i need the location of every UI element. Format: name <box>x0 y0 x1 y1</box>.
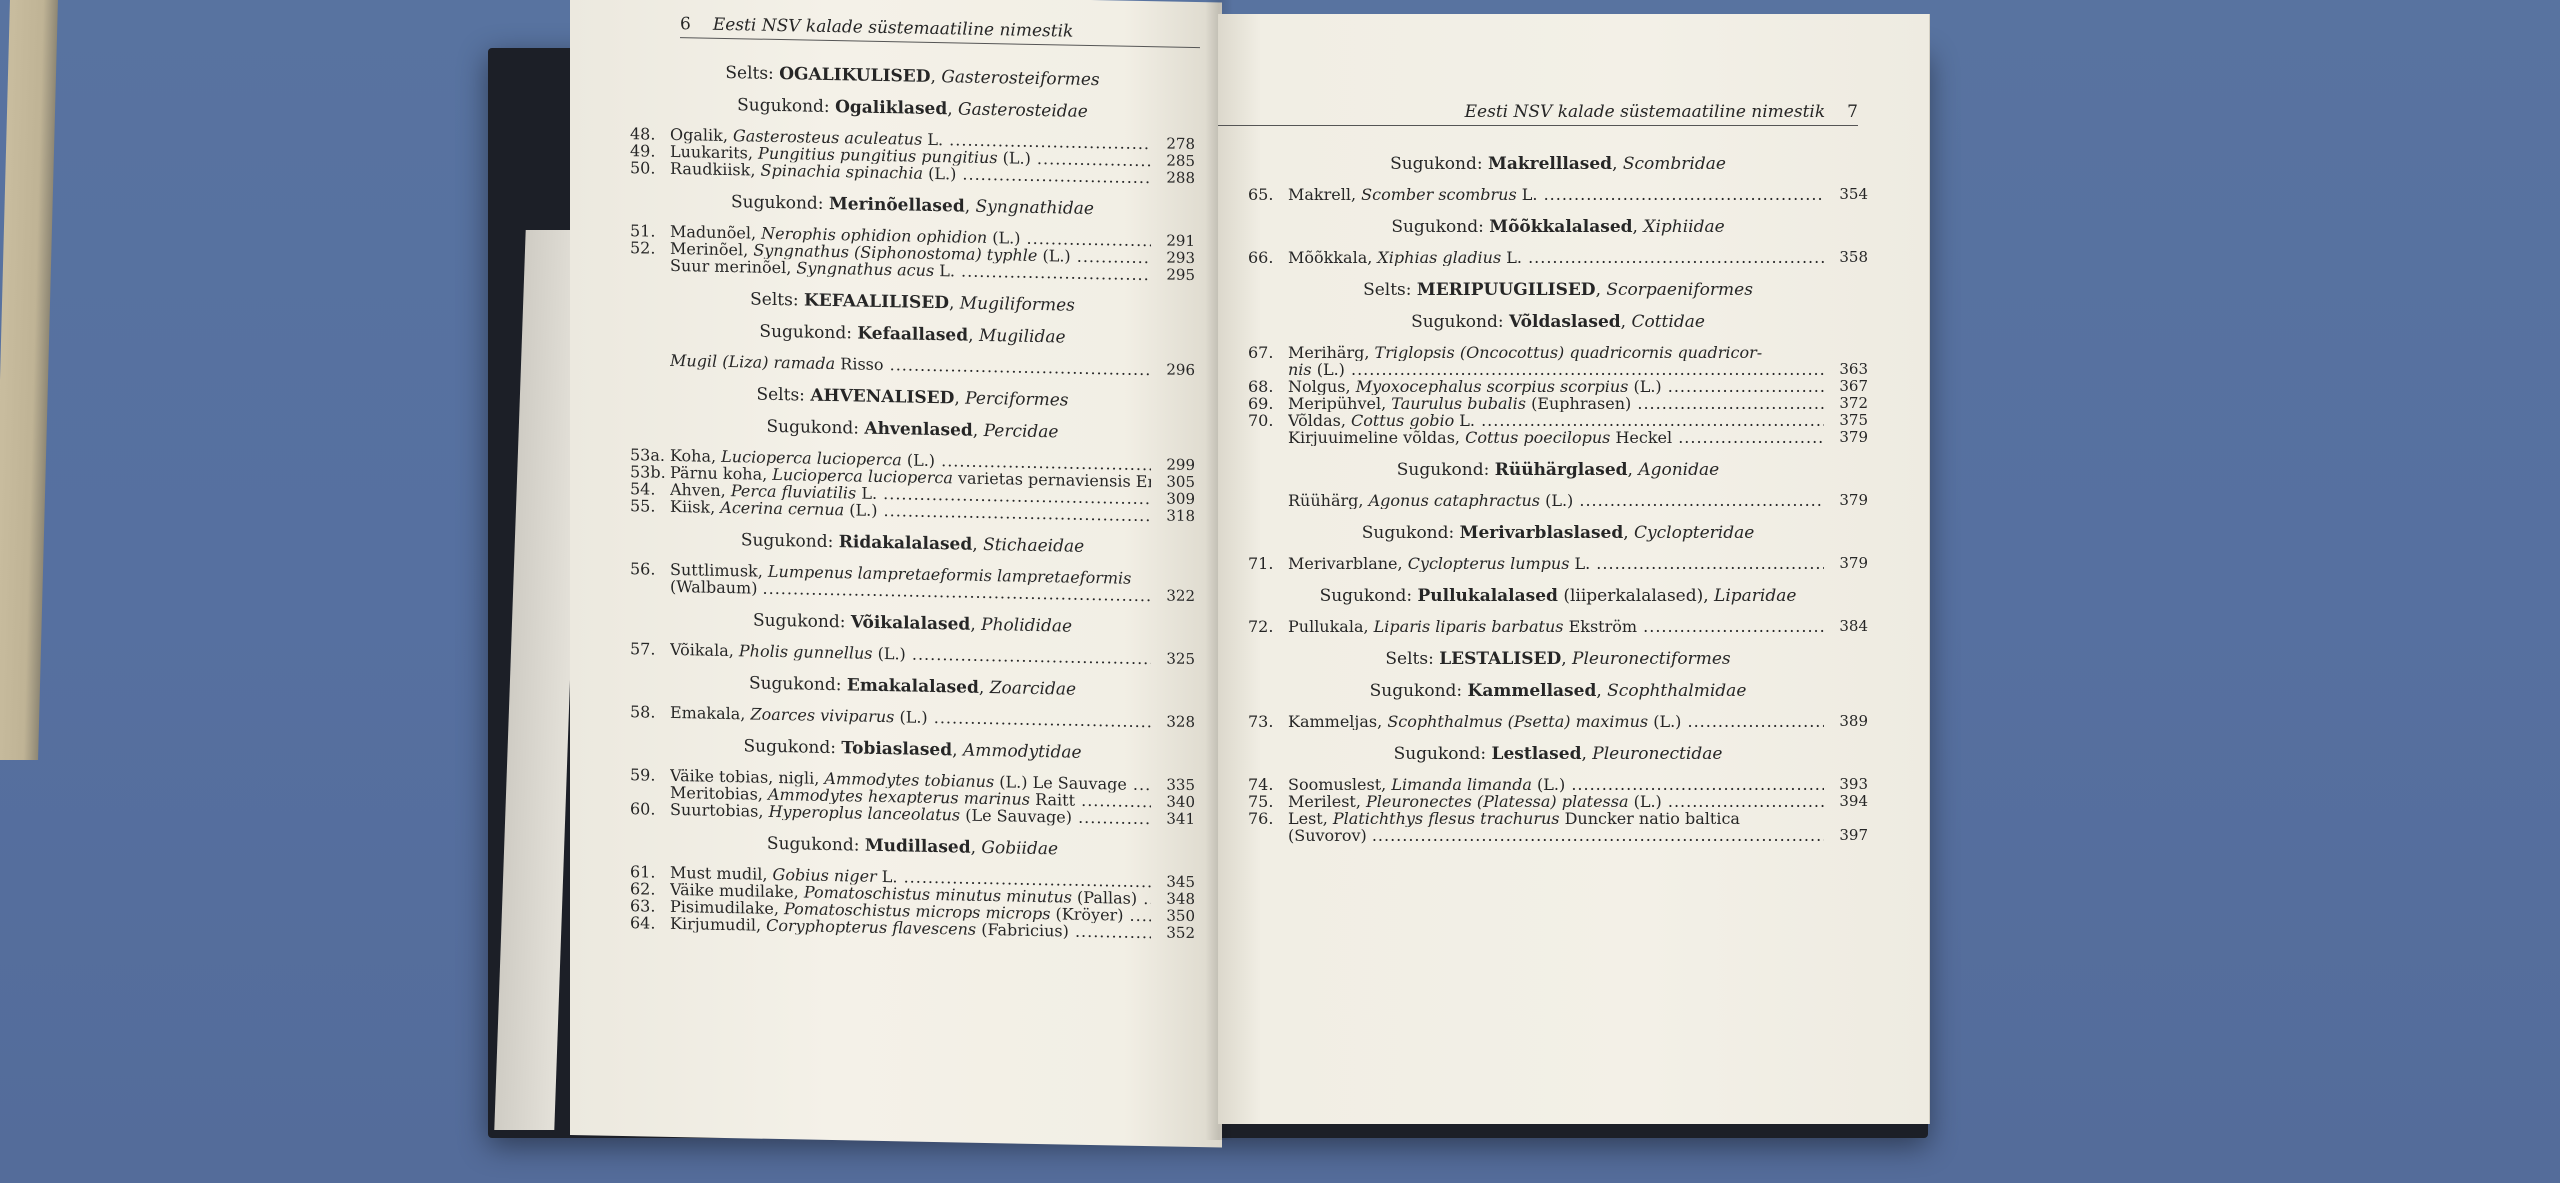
species-entry: 70.Võldas, Cottus gobio L.375 <box>1248 412 1868 429</box>
taxon-latin: Cottidae <box>1631 312 1704 332</box>
running-head-title: Eesti NSV kalade süstemaatiline nimestik <box>1465 102 1826 122</box>
page-reference: 384 <box>1824 618 1868 635</box>
running-head-title: Eesti NSV kalade süstemaatiline nimestik <box>713 15 1074 42</box>
species-list: 66.Mõõkkala, Xiphias gladius L.358 <box>1248 249 1868 266</box>
page-reference <box>1824 810 1868 827</box>
entry-number: 50. <box>630 159 670 177</box>
page-reference: 352 <box>1151 924 1195 942</box>
entry-number: 58. <box>630 703 670 721</box>
family-heading: Sugukond: Ogaliklased, Gasterosteidae <box>630 93 1195 124</box>
species-list: 59.Väike tobias, nigli, Ammodytes tobian… <box>630 766 1195 828</box>
entry-number: 63. <box>630 897 670 915</box>
taxon-latin: Pleuronectidae <box>1592 744 1722 764</box>
family-heading: Sugukond: Võldaslased, Cottidae <box>1248 312 1868 332</box>
species-list: 56.Suttlimusk, Lumpenus lampretaeformis … <box>630 560 1195 605</box>
left-running-head: 6 Eesti NSV kalade süstemaatiline nimest… <box>680 14 1200 48</box>
page-reference: 305 <box>1151 473 1195 491</box>
family-heading: Sugukond: Ahvenlased, Percidae <box>630 414 1195 445</box>
taxon-latin: Cyclopteridae <box>1634 523 1754 543</box>
page-reference: 350 <box>1151 907 1195 925</box>
taxon-latin: Syngnathidae <box>976 197 1094 219</box>
entry-number: 73. <box>1248 713 1288 730</box>
entry-number <box>1248 429 1288 446</box>
latin-name: Triglopsis (Oncocottus) quadricornis qua… <box>1375 344 1763 361</box>
species-name: Mõõkkala, Xiphias gladius L. <box>1288 249 1824 266</box>
species-list: 53a.Koha, Lucioperca lucioperca (L.)2995… <box>630 446 1195 525</box>
species-list: 67.Merihärg, Triglopsis (Oncocottus) qua… <box>1248 344 1868 446</box>
order-heading: Selts: KEFAALILISED, Mugiliformes <box>630 287 1195 318</box>
page-reference: 348 <box>1151 890 1195 908</box>
entry-number: 52. <box>630 239 670 257</box>
family-heading: Sugukond: Tobiaslased, Ammodytidae <box>630 734 1195 765</box>
entry-number <box>630 351 670 369</box>
species-name: Emakala, Zoarces viviparus (L.) <box>670 704 1151 730</box>
entry-number: 68. <box>1248 378 1288 395</box>
latin-name: Cottus poecilopus <box>1465 429 1610 446</box>
family-heading: Sugukond: Kefaallased, Mugilidae <box>630 319 1195 350</box>
taxon-name: Mudillased <box>865 836 971 858</box>
entry-number: 59. <box>630 766 670 784</box>
page-reference: 278 <box>1151 135 1195 153</box>
page-reference: 295 <box>1151 266 1195 284</box>
family-heading: Sugukond: Mudillased, Gobiidae <box>630 831 1195 862</box>
page-reference: 293 <box>1151 249 1195 267</box>
species-entry: Rüühärg, Agonus cataphractus (L.)379 <box>1248 492 1868 509</box>
right-running-head: Eesti NSV kalade süstemaatiline nimestik… <box>1218 102 1858 126</box>
species-name: Meripühvel, Taurulus bubalis (Euphrasen) <box>1288 395 1824 412</box>
species-list: 73.Kammeljas, Scophthalmus (Psetta) maxi… <box>1248 713 1868 730</box>
taxon-name: Pullukalalased <box>1418 586 1558 606</box>
latin-name: nis <box>1288 361 1312 378</box>
species-list: 51.Madunõel, Nerophis ophidion ophidion … <box>630 222 1195 284</box>
species-name: Kirjuuimeline võldas, Cottus poecilopus … <box>1288 429 1824 446</box>
taxon-name: OGALIKULISED <box>779 64 930 87</box>
family-heading: Sugukond: Kammellased, Scophthalmidae <box>1248 681 1868 701</box>
page-reference: 285 <box>1151 152 1195 170</box>
species-entry: Mugil (Liza) ramada Risso296 <box>630 351 1195 379</box>
species-entry: 76.Lest, Platichthys flesus trachurus Du… <box>1248 810 1868 827</box>
page-reference: 335 <box>1151 776 1195 794</box>
page-reference: 288 <box>1151 169 1195 187</box>
species-list: Rüühärg, Agonus cataphractus (L.)379 <box>1248 492 1868 509</box>
taxon-name: AHVENALISED <box>810 386 954 409</box>
entry-number: 69. <box>1248 395 1288 412</box>
order-heading: Selts: AHVENALISED, Perciformes <box>630 382 1195 413</box>
page-reference: 379 <box>1824 555 1868 572</box>
species-name: (Suvorov) <box>1288 827 1824 844</box>
species-entry: 75.Merilest, Pleuronectes (Platessa) pla… <box>1248 793 1868 810</box>
page-reference: 341 <box>1151 810 1195 828</box>
page-reference <box>1151 570 1195 588</box>
species-list: 48.Ogalik, Gasterosteus aculeatus L.2784… <box>630 125 1195 187</box>
species-entry: 73.Kammeljas, Scophthalmus (Psetta) maxi… <box>1248 713 1868 730</box>
page-reference: 389 <box>1824 713 1868 730</box>
right-page-content: Sugukond: Makrelllased, Scombridae65.Mak… <box>1248 144 1868 858</box>
entry-number: 71. <box>1248 555 1288 572</box>
page-reference: 345 <box>1151 873 1195 891</box>
page-reference: 325 <box>1151 650 1195 668</box>
taxon-name: Tobiaslased <box>841 738 952 760</box>
page-reference: 340 <box>1151 793 1195 811</box>
entry-number: 70. <box>1248 412 1288 429</box>
species-entry: 67.Merihärg, Triglopsis (Oncocottus) qua… <box>1248 344 1868 361</box>
species-list: 58.Emakala, Zoarces viviparus (L.)328 <box>630 703 1195 731</box>
taxon-name: Ahvenlased <box>864 419 972 441</box>
species-entry: 69.Meripühvel, Taurulus bubalis (Euphras… <box>1248 395 1868 412</box>
latin-name: Pleuronectes (Platessa) platessa <box>1366 793 1628 810</box>
page-reference: 328 <box>1151 713 1195 731</box>
latin-name: Pholis gunnellus <box>739 641 873 663</box>
entry-number: 72. <box>1248 618 1288 635</box>
species-list: Mugil (Liza) ramada Risso296 <box>630 351 1195 379</box>
taxon-latin: Scombridae <box>1623 154 1726 174</box>
order-heading: Selts: LESTALISED, Pleuronectiformes <box>1248 649 1868 669</box>
taxon-latin: Gobiidae <box>981 838 1058 859</box>
taxon-name: Kammellased <box>1468 681 1597 701</box>
species-name: Makrell, Scomber scombrus L. <box>1288 186 1824 203</box>
entry-number: 76. <box>1248 810 1288 827</box>
page-reference: 296 <box>1151 361 1195 379</box>
species-name: Mugil (Liza) ramada Risso <box>670 352 1151 378</box>
species-name: Merihärg, Triglopsis (Oncocottus) quadri… <box>1288 344 1824 361</box>
entry-number: 54. <box>630 480 670 498</box>
page-reference: 358 <box>1824 249 1868 266</box>
page-reference: 299 <box>1151 456 1195 474</box>
latin-name: Mugil (Liza) ramada <box>670 352 835 373</box>
latin-name: Syngnathus acus <box>796 258 934 280</box>
taxon-latin: Ammodytidae <box>963 741 1082 763</box>
page-reference: 322 <box>1151 587 1195 605</box>
taxon-latin: Gasterosteiformes <box>941 67 1099 90</box>
entry-number: 75. <box>1248 793 1288 810</box>
page-reference: 291 <box>1151 232 1195 250</box>
latin-name: Acerina cernua <box>720 498 844 519</box>
taxon-name: Lestlased <box>1492 744 1582 764</box>
taxon-name: Võldaslased <box>1509 312 1621 332</box>
taxon-name: KEFAALILISED <box>804 290 949 313</box>
page-reference: 393 <box>1824 776 1868 793</box>
family-heading: Sugukond: Pullukalalased (liiperkalalase… <box>1248 586 1868 606</box>
taxon-latin: Stichaeidae <box>983 535 1084 557</box>
family-heading: Sugukond: Mõõkkalalased, Xiphiidae <box>1248 217 1868 237</box>
entry-number: 66. <box>1248 249 1288 266</box>
taxon-name: Ogaliklased <box>835 97 947 119</box>
latin-name: Scophthalmus (Psetta) maximus <box>1387 713 1648 730</box>
latin-name: Scomber scombrus <box>1361 186 1517 203</box>
species-entry: Kirjuuimeline võldas, Cottus poecilopus … <box>1248 429 1868 446</box>
entry-number <box>1248 361 1288 378</box>
latin-name: Xiphias gladius <box>1377 249 1501 266</box>
taxon-name: MERIPUUGILISED <box>1417 280 1596 300</box>
species-name: Pullukala, Liparis liparis barbatus Ekst… <box>1288 618 1824 635</box>
latin-name: Myoxocephalus scorpius scorpius <box>1356 378 1629 395</box>
entry-number: 62. <box>630 880 670 898</box>
taxon-name: Merinõellased <box>829 194 965 217</box>
species-entry: 65.Makrell, Scomber scombrus L.354 <box>1248 186 1868 203</box>
species-entry: (Suvorov) 397 <box>1248 827 1868 844</box>
species-name: Võikala, Pholis gunnellus (L.) <box>670 641 1151 667</box>
species-list: 65.Makrell, Scomber scombrus L.354 <box>1248 186 1868 203</box>
page-reference: 309 <box>1151 490 1195 508</box>
page-reference: 379 <box>1824 429 1868 446</box>
page-reference: 363 <box>1824 361 1868 378</box>
latin-name: Platichthys flesus trachurus <box>1333 810 1560 827</box>
species-entry: 57.Võikala, Pholis gunnellus (L.)325 <box>630 640 1195 668</box>
taxon-name: Võikalalased <box>851 612 970 634</box>
species-list: 71.Merivarblane, Cyclopterus lumpus L.37… <box>1248 555 1868 572</box>
entry-number: 49. <box>630 142 670 160</box>
entry-number: 64. <box>630 914 670 932</box>
entry-number: 48. <box>630 125 670 143</box>
page-reference: 354 <box>1824 186 1868 203</box>
family-heading: Sugukond: Lestlased, Pleuronectidae <box>1248 744 1868 764</box>
page-reference: 379 <box>1824 492 1868 509</box>
species-name: Rüühärg, Agonus cataphractus (L.) <box>1288 492 1824 509</box>
page-reference <box>1824 344 1868 361</box>
taxon-note: (liiperkalalased), <box>1563 586 1708 606</box>
entry-number <box>1248 492 1288 509</box>
page-number: 6 <box>680 14 691 34</box>
entry-number <box>630 256 670 274</box>
species-list: 57.Võikala, Pholis gunnellus (L.)325 <box>630 640 1195 668</box>
entry-number: 51. <box>630 222 670 240</box>
latin-name: Coryphopterus flavescens <box>766 916 976 939</box>
taxon-latin: Mugiliformes <box>960 293 1075 315</box>
order-heading: Selts: OGALIKULISED, Gasterosteiformes <box>630 61 1195 92</box>
species-entry: 66.Mõõkkala, Xiphias gladius L.358 <box>1248 249 1868 266</box>
taxon-name: Kefaallased <box>857 324 968 346</box>
species-list: 61.Must mudil, Gobius niger L.34562.Väik… <box>630 863 1195 942</box>
species-entry: nis (L.)363 <box>1248 361 1868 378</box>
taxon-latin: Pleuronectiformes <box>1572 649 1731 669</box>
taxon-name: Makrelllased <box>1488 154 1612 174</box>
family-heading: Sugukond: Merivarblaslased, Cyclopterida… <box>1248 523 1868 543</box>
taxon-latin: Pholididae <box>981 615 1072 637</box>
family-heading: Sugukond: Merinõellased, Syngnathidae <box>630 190 1195 221</box>
species-entry: 72.Pullukala, Liparis liparis barbatus E… <box>1248 618 1868 635</box>
taxon-latin: Scorpaeniformes <box>1606 280 1753 300</box>
left-page-content: Selts: OGALIKULISED, GasterosteiformesSu… <box>630 51 1195 956</box>
family-heading: Sugukond: Rüühärglased, Agonidae <box>1248 460 1868 480</box>
taxon-latin: Mugilidae <box>979 326 1066 348</box>
species-entry: 58.Emakala, Zoarces viviparus (L.)328 <box>630 703 1195 731</box>
entry-number <box>630 783 670 801</box>
species-name: Nolgus, Myoxocephalus scorpius scorpius … <box>1288 378 1824 395</box>
entry-number: 65. <box>1248 186 1288 203</box>
species-list: 74.Soomuslest, Limanda limanda (L.)39375… <box>1248 776 1868 844</box>
family-heading: Sugukond: Ridakalalased, Stichaeidae <box>630 528 1195 559</box>
taxon-name: Emakalalased <box>847 675 979 698</box>
page-reference: 397 <box>1824 827 1868 844</box>
page-reference: 367 <box>1824 378 1868 395</box>
entry-number: 60. <box>630 800 670 818</box>
latin-name: Cyclopterus lumpus <box>1408 555 1570 572</box>
species-name: Merivarblane, Cyclopterus lumpus L. <box>1288 555 1824 572</box>
entry-number: 67. <box>1248 344 1288 361</box>
taxon-latin: Perciformes <box>965 389 1068 411</box>
species-entry: 71.Merivarblane, Cyclopterus lumpus L.37… <box>1248 555 1868 572</box>
taxon-name: Rüühärglased <box>1495 460 1628 480</box>
species-name: Võldas, Cottus gobio L. <box>1288 412 1824 429</box>
species-list: 72.Pullukala, Liparis liparis barbatus E… <box>1248 618 1868 635</box>
latin-name: Taurulus bubalis <box>1391 395 1526 412</box>
entry-number <box>630 577 670 595</box>
entry-number: 53b. <box>630 463 670 481</box>
entry-number: 55. <box>630 497 670 515</box>
species-entry: 68.Nolgus, Myoxocephalus scorpius scorpi… <box>1248 378 1868 395</box>
latin-name: Liparis liparis barbatus <box>1374 618 1564 635</box>
taxon-latin: Gasterosteidae <box>958 99 1088 121</box>
entry-number: 74. <box>1248 776 1288 793</box>
species-name: Soomuslest, Limanda limanda (L.) <box>1288 776 1824 793</box>
taxon-latin: Liparidae <box>1714 586 1796 606</box>
order-heading: Selts: MERIPUUGILISED, Scorpaeniformes <box>1248 280 1868 300</box>
left-page: 6 Eesti NSV kalade süstemaatiline nimest… <box>570 0 1222 1148</box>
species-name: Lest, Platichthys flesus trachurus Dunck… <box>1288 810 1824 827</box>
entry-number: 57. <box>630 640 670 658</box>
taxon-latin: Zoarcidae <box>990 678 1076 700</box>
latin-name: Agonus cataphractus <box>1369 492 1540 509</box>
taxon-name: LESTALISED <box>1439 649 1561 669</box>
entry-number: 61. <box>630 863 670 881</box>
latin-name: Hyperoplus lanceolatus <box>769 802 961 825</box>
adjacent-book-edge <box>0 0 58 760</box>
taxon-latin: Agonidae <box>1638 460 1719 480</box>
latin-name: Limanda limanda <box>1391 776 1532 793</box>
family-heading: Sugukond: Emakalalased, Zoarcidae <box>630 671 1195 702</box>
latin-name: Zoarces viviparus <box>750 704 894 726</box>
species-name: nis (L.) <box>1288 361 1824 378</box>
family-heading: Sugukond: Võikalalased, Pholididae <box>630 608 1195 639</box>
latin-name: Cottus gobio <box>1351 412 1454 429</box>
page-reference: 375 <box>1824 412 1868 429</box>
taxon-latin: Percidae <box>984 421 1059 442</box>
taxon-latin: Xiphiidae <box>1643 217 1724 237</box>
species-name: Merilest, Pleuronectes (Platessa) plates… <box>1288 793 1824 810</box>
latin-name: Spinachia spinachia <box>761 161 924 183</box>
entry-number <box>1248 827 1288 844</box>
page-reference: 394 <box>1824 793 1868 810</box>
species-name: Kammeljas, Scophthalmus (Psetta) maximus… <box>1288 713 1824 730</box>
taxon-latin: Scophthalmidae <box>1607 681 1746 701</box>
right-page: Eesti NSV kalade süstemaatiline nimestik… <box>1218 14 1930 1124</box>
species-entry: 74.Soomuslest, Limanda limanda (L.)393 <box>1248 776 1868 793</box>
entry-number: 56. <box>630 560 670 578</box>
entry-number: 53a. <box>630 446 670 464</box>
page-reference: 372 <box>1824 395 1868 412</box>
taxon-name: Ridakalalased <box>839 532 973 555</box>
family-heading: Sugukond: Makrelllased, Scombridae <box>1248 154 1868 174</box>
taxon-name: Mõõkkalalased <box>1489 217 1632 237</box>
page-number: 7 <box>1847 102 1858 122</box>
page-reference: 318 <box>1151 507 1195 525</box>
taxon-name: Merivarblaslased <box>1460 523 1624 543</box>
